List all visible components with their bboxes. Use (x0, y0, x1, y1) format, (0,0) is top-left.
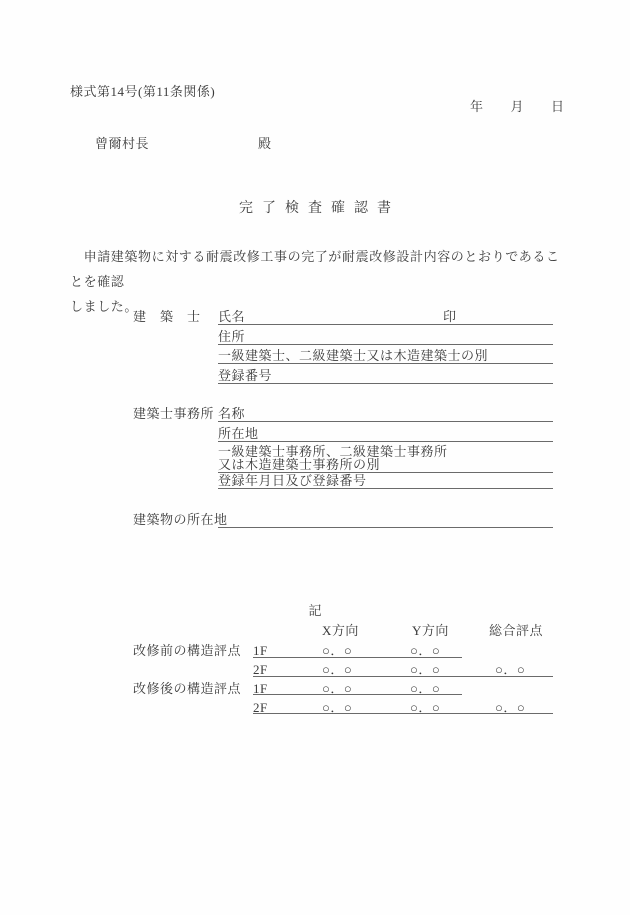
office-registration-field-line[interactable] (218, 488, 553, 489)
architect-name-label: 氏名 (218, 310, 245, 324)
score-value-total: ○．○ (495, 663, 525, 677)
office-name-label: 名称 (218, 407, 245, 421)
date-line: 年 月 日 (470, 100, 565, 114)
score-col-header-total: 総合評点 (489, 624, 543, 638)
architect-address-label: 住所 (218, 330, 245, 344)
document-page: 様式第14号(第11条関係) 年 月 日 曾爾村長 殿 完了検査確認書 申請建築… (0, 0, 630, 915)
note-heading: 記 (0, 600, 630, 619)
office-address-label: 所在地 (218, 427, 259, 441)
seal-label: 印 (443, 310, 457, 324)
score-row-line[interactable] (253, 694, 462, 695)
score-group-label-before: 改修前の構造評点 (133, 644, 241, 658)
document-title: 完了検査確認書 (0, 197, 630, 217)
architect-class-label: 一級建築士、二級建築士又は木造建築士の別 (218, 349, 488, 363)
score-row-line[interactable] (253, 657, 462, 658)
score-row-line[interactable] (253, 713, 553, 714)
office-name-field-line[interactable] (218, 421, 553, 422)
architect-class-field-line[interactable] (218, 363, 553, 364)
architect-name-field-line[interactable] (218, 324, 553, 325)
addressee: 曾爾村長 (95, 137, 149, 151)
score-group-label-after: 改修後の構造評点 (133, 682, 241, 696)
floor-label: 1F (253, 644, 268, 658)
office-address-field-line[interactable] (218, 441, 553, 442)
floor-label: 2F (253, 663, 268, 677)
architect-registration-field-line[interactable] (218, 383, 553, 384)
building-location-label: 建築物の所在地 (133, 513, 228, 527)
architect-registration-label: 登録番号 (218, 369, 272, 383)
score-col-header-y: Y方向 (412, 624, 449, 638)
score-row-line[interactable] (253, 676, 553, 677)
score-value-x: ○．○ (322, 644, 352, 658)
office-class-label-line2: 又は木造建築士事務所の別 (218, 458, 380, 472)
architect-section-label: 建 築 士 (133, 310, 201, 324)
score-col-header-x: X方向 (322, 624, 359, 638)
office-section-label: 建築士事務所 (133, 407, 214, 421)
body-paragraph: 申請建築物に対する耐震改修工事の完了が耐震改修設計内容のとおりであることを確認 … (70, 244, 570, 319)
score-value-y: ○．○ (410, 644, 440, 658)
office-registration-label: 登録年月日及び登録番号 (218, 474, 367, 488)
form-number: 様式第14号(第11条関係) (70, 85, 215, 99)
addressee-honorific: 殿 (258, 137, 272, 151)
score-value-x: ○．○ (322, 663, 352, 677)
score-value-y: ○．○ (410, 663, 440, 677)
building-location-field-line[interactable] (218, 527, 553, 528)
architect-address-field-line[interactable] (218, 344, 553, 345)
